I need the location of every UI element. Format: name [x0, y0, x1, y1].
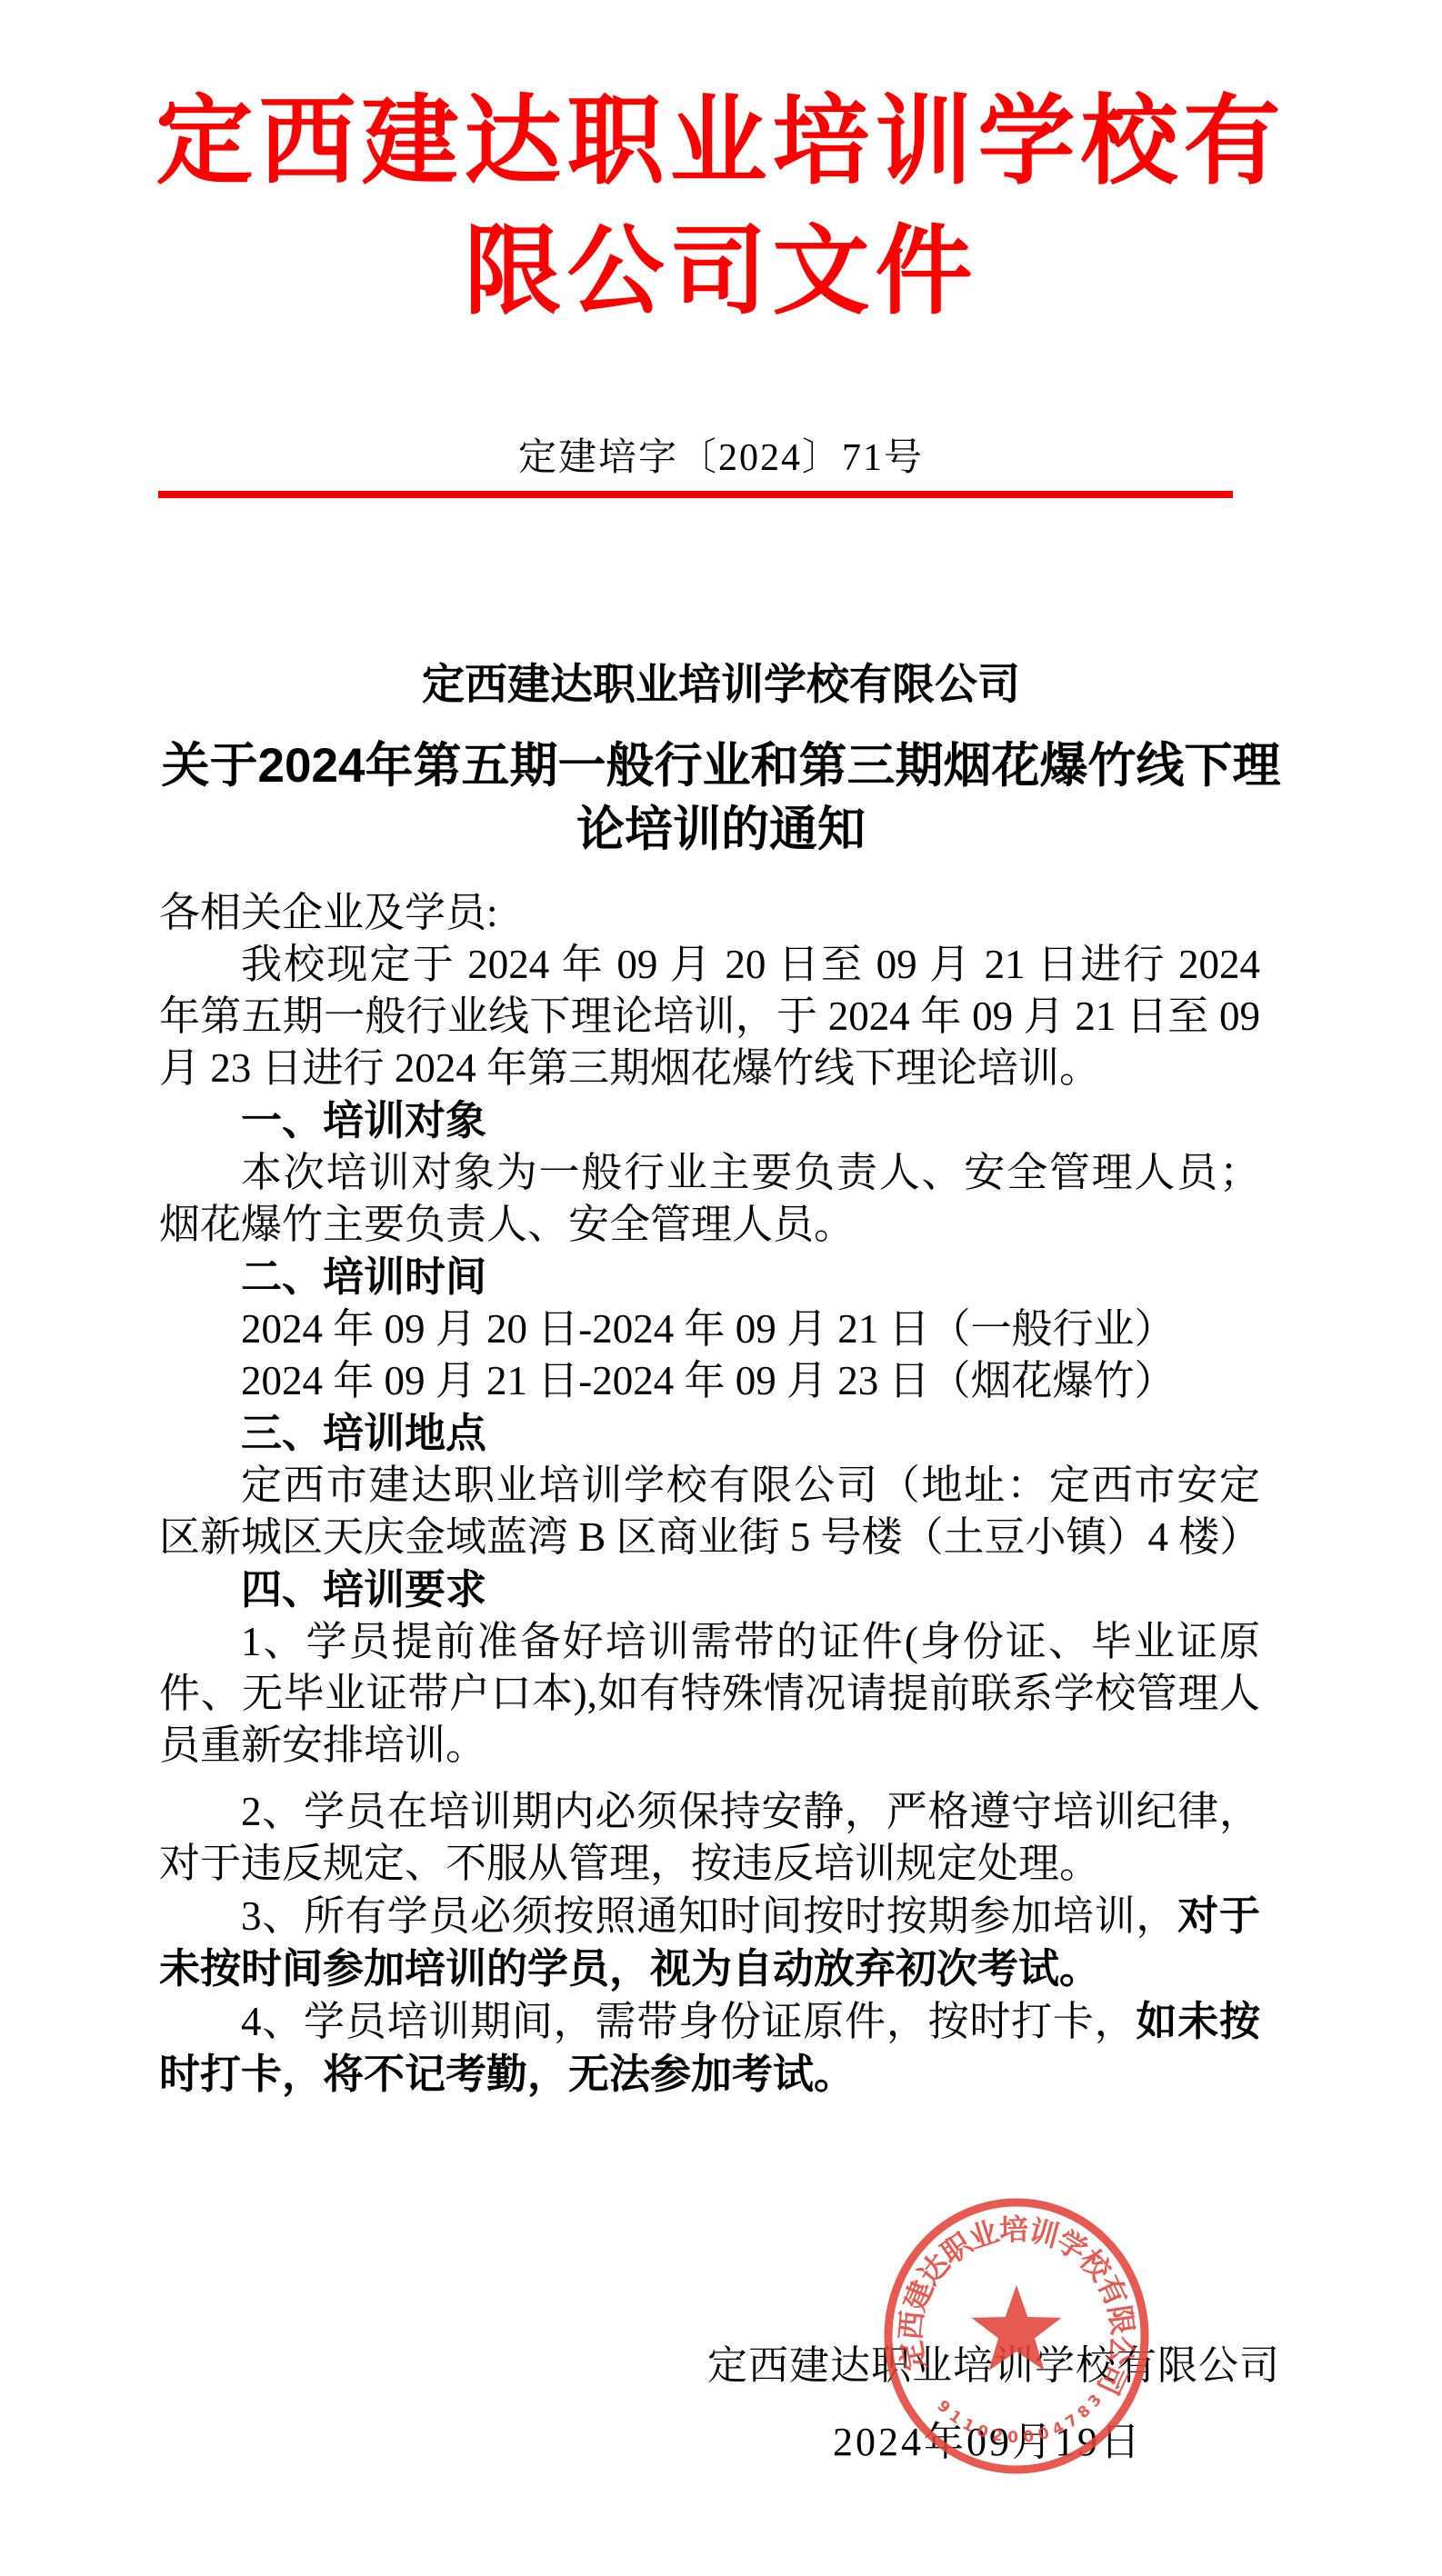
paragraph: 1、学员提前准备好培训需带的证件(身份证、毕业证原件、无毕业证带户口本),如有特…	[159, 1616, 1260, 1772]
paragraph: 四、培训要求	[159, 1563, 1260, 1616]
paragraph: 一、培训对象	[159, 1094, 1260, 1147]
paragraph-run: 2024 年 09 月 21 日-2024 年 09 月 23 日（烟花爆竹）	[241, 1358, 1176, 1403]
paragraph: 各相关企业及学员:	[159, 887, 1260, 939]
notice-org-title: 定西建达职业培训学校有限公司	[0, 658, 1442, 711]
paragraph-run: 本次培训对象为一般行业主要负责人、安全管理人员；烟花爆竹主要负责人、安全管理人员…	[159, 1150, 1260, 1247]
paragraph-run-bold: 二、培训时间	[241, 1253, 486, 1300]
red-divider	[158, 491, 1233, 498]
paragraph: 二、培训时间	[159, 1251, 1260, 1303]
notice-subject-title: 关于2024年第五期一般行业和第三期烟花爆竹线下理论培训的通知	[153, 734, 1289, 862]
letterhead-line-2: 限公司文件	[0, 208, 1442, 338]
document-page: 定西建达职业培训学校有 限公司文件 定建培字〔2024〕71号 定西建达职业培训…	[0, 0, 1442, 2576]
paragraph-run: 3、所有学员必须按照通知时间按时按期参加培训，	[241, 1893, 1177, 1939]
paragraph: 2、学员在培训期内必须保持安静，严格遵守培训纪律，对于违反规定、不服从管理，按违…	[159, 1786, 1260, 1890]
seal-code: 911020004783	[933, 2387, 1109, 2447]
paragraph: 2024 年 09 月 21 日-2024 年 09 月 23 日（烟花爆竹）	[159, 1355, 1260, 1407]
paragraph-run-bold: 一、培训对象	[241, 1097, 486, 1143]
paragraph-run: 1、学员提前准备好培训需带的证件(身份证、毕业证原件、无毕业证带户口本),如有特…	[159, 1619, 1260, 1768]
paragraph-run: 我校现定于 2024 年 09 月 20 日至 09 月 21 日进行 2024…	[159, 942, 1260, 1091]
paragraph-run: 4、学员培训期间，需带身份证原件，按时打卡，	[241, 1999, 1136, 2044]
paragraph-run-bold: 三、培训地点	[241, 1410, 486, 1456]
body-paragraphs: 各相关企业及学员:我校现定于 2024 年 09 月 20 日至 09 月 21…	[0, 887, 1442, 2101]
paragraph-run-bold: 四、培训要求	[241, 1566, 486, 1612]
paragraph: 4、学员培训期间，需带身份证原件，按时打卡，如未按时打卡，将不记考勤，无法参加考…	[159, 1995, 1260, 2101]
official-seal: 定西建达职业培训学校有限公司 911020004783	[880, 2194, 1153, 2478]
letterhead-line-1: 定西建达职业培训学校有	[0, 78, 1442, 208]
paragraph-run: 定西市建达职业培训学校有限公司（地址：定西市安定区新城区天庆金域蓝湾 B 区商业…	[159, 1463, 1260, 1560]
paragraph: 2024 年 09 月 20 日-2024 年 09 月 21 日（一般行业）	[159, 1303, 1260, 1355]
paragraph-run: 2024 年 09 月 20 日-2024 年 09 月 21 日（一般行业）	[241, 1306, 1176, 1352]
paragraph-run: 2、学员在培训期内必须保持安静，严格遵守培训纪律，对于违反规定、不服从管理，按违…	[159, 1789, 1260, 1886]
paragraph: 三、培训地点	[159, 1407, 1260, 1460]
seal-star-icon	[972, 2285, 1062, 2371]
paragraph: 3、所有学员必须按照通知时间按时按期参加培训，对于未按时间参加培训的学员，视为自…	[159, 1890, 1260, 1995]
paragraph: 我校现定于 2024 年 09 月 20 日至 09 月 21 日进行 2024…	[159, 939, 1260, 1094]
paragraph: 定西市建达职业培训学校有限公司（地址：定西市安定区新城区天庆金域蓝湾 B 区商业…	[159, 1460, 1260, 1563]
paragraph-run: 各相关企业及学员:	[159, 890, 498, 935]
doc-number: 定建培字〔2024〕71号	[0, 436, 1442, 480]
letterhead-title: 定西建达职业培训学校有 限公司文件	[0, 78, 1442, 338]
paragraph: 本次培训对象为一般行业主要负责人、安全管理人员；烟花爆竹主要负责人、安全管理人员…	[159, 1147, 1260, 1251]
